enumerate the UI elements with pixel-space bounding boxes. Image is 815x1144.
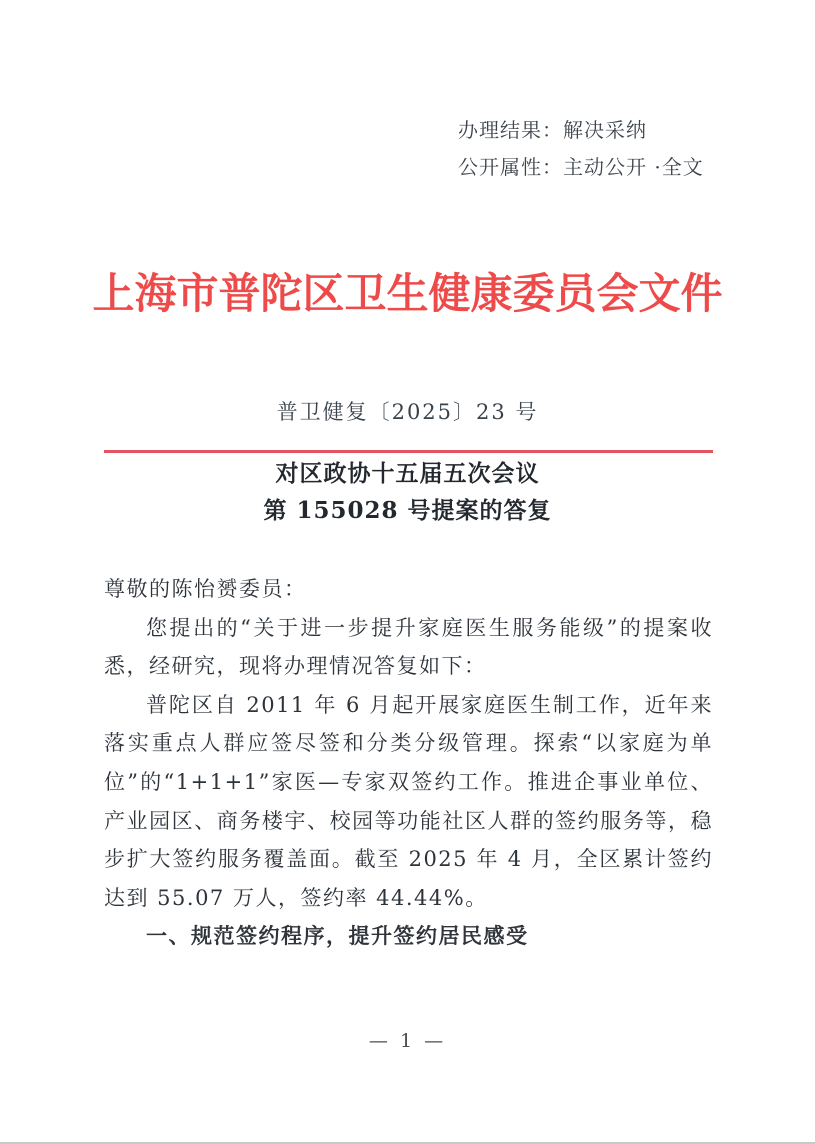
salutation: 尊敬的陈怡赟委员： (104, 570, 713, 609)
meta-result: 办理结果：解决采纳 (458, 112, 704, 149)
document-page: 办理结果：解决采纳 公开属性：主动公开 ·全文 上海市普陀区卫生健康委员会文件 … (0, 0, 815, 1144)
document-number: 普卫健复〔2025〕23 号 (0, 394, 815, 430)
meta-publicity: 公开属性：主动公开 ·全文 (458, 149, 704, 186)
paragraph: 您提出的“关于进一步提升家庭医生服务能级”的提案收悉，经研究，现将办理情况答复如… (104, 609, 713, 686)
meta-block: 办理结果：解决采纳 公开属性：主动公开 ·全文 (458, 112, 704, 186)
document-title: 对区政协十五届五次会议 第 155028 号提案的答复 (0, 456, 815, 529)
letterhead-org-title: 上海市普陀区卫生健康委员会文件 (0, 264, 815, 324)
document-title-line2: 第 155028 号提案的答复 (0, 493, 815, 530)
document-title-line1: 对区政协十五届五次会议 (0, 456, 815, 493)
body-text: 尊敬的陈怡赟委员： 您提出的“关于进一步提升家庭医生服务能级”的提案收悉，经研究… (104, 570, 713, 956)
paragraph: 普陀区自 2011 年 6 月起开展家庭医生制工作，近年来落实重点人群应签尽签和… (104, 686, 713, 918)
letterhead-red-rule (104, 450, 713, 453)
page-number: — 1 — (0, 1028, 815, 1054)
section-heading: 一、规范签约程序，提升签约居民感受 (104, 917, 713, 956)
